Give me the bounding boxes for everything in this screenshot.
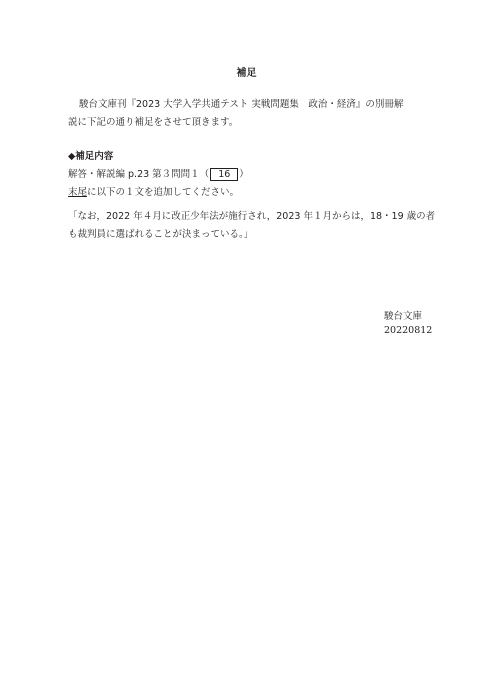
added-sentence-quote: 「なお，2022 年４月に改正少年法が施行され，2023 年１月からは，18・1… bbox=[68, 208, 438, 244]
signature-block: 駿台文庫 20220812 bbox=[384, 310, 432, 338]
publisher-name: 駿台文庫 bbox=[384, 310, 432, 324]
instruction-text: に以下の１文を追加してください。 bbox=[87, 187, 239, 198]
answer-box: 16 bbox=[210, 168, 238, 181]
intro-line-1: 駿台文庫刊『2023 大学入学共通テスト 実戦問題集 政治・経済』の別冊解 bbox=[79, 99, 403, 110]
instruction-line: 末尾に以下の１文を追加してください。 bbox=[68, 184, 239, 198]
reference-line: 解答・解説編 p.23 第３問問１（16） bbox=[68, 166, 249, 181]
reference-suffix: ） bbox=[239, 169, 249, 180]
reference-prefix: 解答・解説編 p.23 第３問問１（ bbox=[68, 169, 209, 180]
intro-paragraph: 駿台文庫刊『2023 大学入学共通テスト 実戦問題集 政治・経済』の別冊解 説に… bbox=[68, 96, 430, 132]
document-title: 補足 bbox=[0, 64, 493, 79]
document-date: 20220812 bbox=[384, 324, 432, 338]
section-heading: ◆補足内容 bbox=[68, 148, 113, 162]
instruction-underlined: 末尾 bbox=[68, 187, 87, 198]
intro-line-2: 説に下記の通り補足をさせて頂きます。 bbox=[68, 117, 238, 128]
